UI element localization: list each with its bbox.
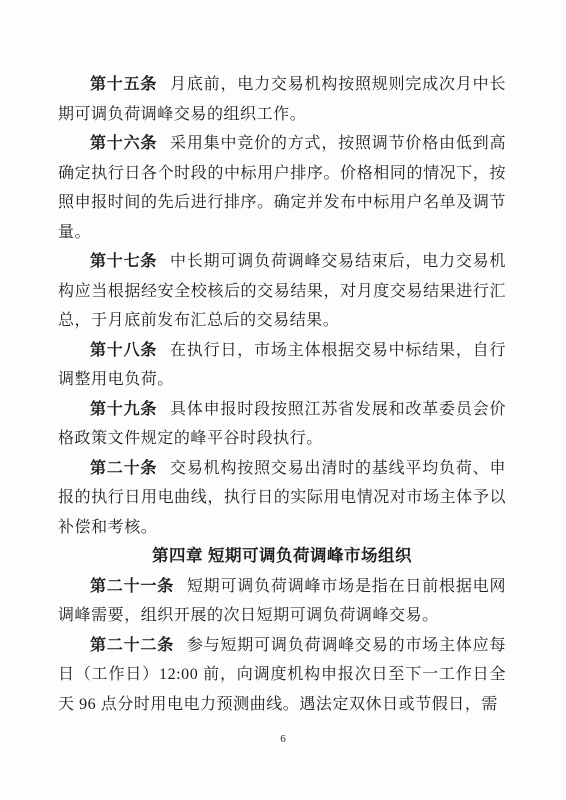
- article-number: 第十五条: [90, 76, 157, 93]
- article-paragraph-19: 第十九条具体申报时段按照江苏省发展和改革委员会价格政策文件规定的峰平谷时段执行。: [58, 395, 506, 454]
- chapter-number: 第四章: [152, 547, 203, 565]
- article-number: 第十七条: [90, 253, 157, 270]
- article-paragraph-20: 第二十条交易机构按照交易出清时的基线平均负荷、申报的执行日用电曲线，执行日的实际…: [58, 454, 506, 543]
- article-paragraph-17: 第十七条中长期可调负荷调峰交易结束后，电力交易机构应当根据经安全校核后的交易结果…: [58, 247, 506, 336]
- document-page: 第十五条月底前，电力交易机构按照规则完成次月中长期可调负荷调峰交易的组织工作。 …: [0, 0, 566, 800]
- page-number: 6: [0, 733, 566, 745]
- document-body: 第十五条月底前，电力交易机构按照规则完成次月中长期可调负荷调峰交易的组织工作。 …: [58, 70, 506, 719]
- article-paragraph-22: 第二十二条参与短期可调负荷调峰交易的市场主体应每日（工作日）12:00 前，向调…: [58, 631, 506, 720]
- article-number: 第十九条: [90, 401, 157, 418]
- article-number: 第二十一条: [90, 578, 174, 595]
- article-paragraph-18: 第十八条在执行日，市场主体根据交易中标结果，自行调整用电负荷。: [58, 336, 506, 395]
- article-paragraph-21: 第二十一条短期可调负荷调峰市场是指在日前根据电网调峰需要，组织开展的次日短期可调…: [58, 572, 506, 631]
- article-paragraph-15: 第十五条月底前，电力交易机构按照规则完成次月中长期可调负荷调峰交易的组织工作。: [58, 70, 506, 129]
- chapter-title: 短期可调负荷调峰市场组织: [208, 547, 412, 565]
- article-number: 第十六条: [90, 135, 157, 152]
- chapter-heading: 第四章 短期可调负荷调峰市场组织: [58, 542, 506, 572]
- article-number: 第二十条: [90, 460, 157, 477]
- article-paragraph-16: 第十六条采用集中竞价的方式，按照调节价格由低到高确定执行日各个时段的中标用户排序…: [58, 129, 506, 247]
- article-number: 第十八条: [90, 342, 157, 359]
- article-number: 第二十二条: [90, 637, 174, 654]
